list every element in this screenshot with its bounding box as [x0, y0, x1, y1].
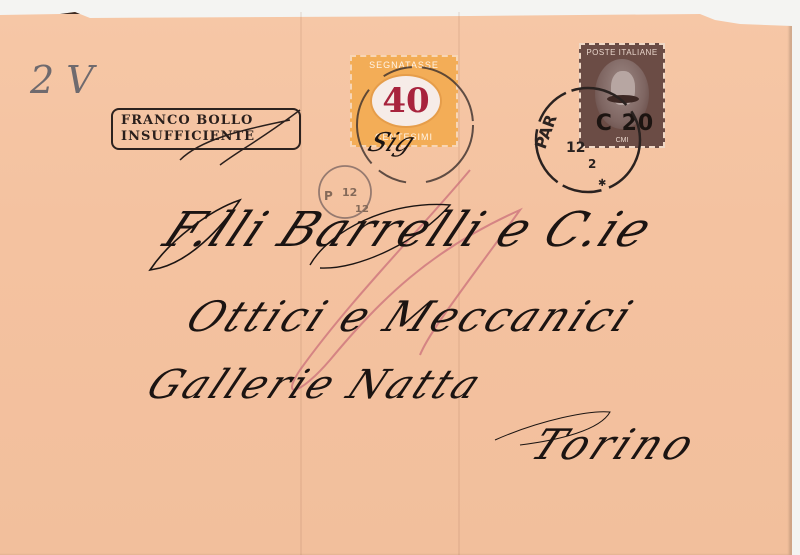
flourish-salutation: [180, 110, 300, 165]
svg-text:✱: ✱: [598, 178, 606, 189]
svg-text:P: P: [324, 189, 333, 203]
postmark-main: PAR 12 2 ✱: [531, 88, 640, 192]
address-city: Torino: [524, 420, 707, 469]
postmark-postage-due: [357, 67, 473, 183]
svg-text:12: 12: [342, 186, 357, 199]
svg-text:2: 2: [588, 157, 596, 171]
svg-text:PAR: PAR: [531, 112, 561, 151]
svg-text:12: 12: [566, 140, 585, 156]
address-line-3: Gallerie Natta: [139, 362, 491, 408]
address-line-1: F.lli Barrelli e C.ie: [155, 202, 663, 258]
markings-overlay: PAR 12 2 ✱ P 12 12: [0, 0, 800, 555]
address-line-2: Ottici e Meccanici: [179, 292, 643, 341]
